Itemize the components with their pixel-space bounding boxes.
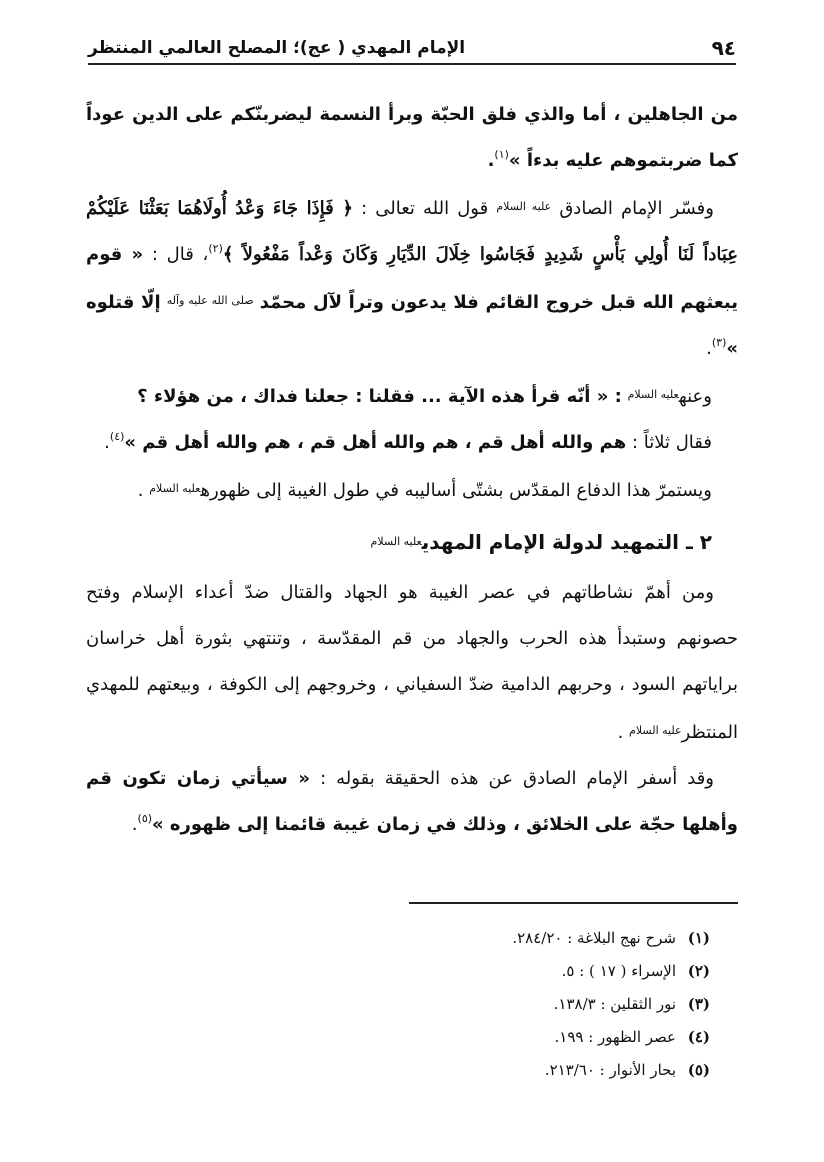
footnote-5: (٥)بحار الأنوار : ٢١٣/٦٠.: [300, 1054, 738, 1087]
paragraph-3-lead: وعنه: [679, 386, 712, 407]
honorific-imam-icon: عليه السلام: [149, 482, 200, 495]
paragraph-6: ومن أهمّ نشاطاتهم في عصر الغيبة هو الجها…: [86, 570, 738, 756]
footnote-ref-1[interactable]: (١): [494, 148, 509, 161]
footnote-divider: [409, 902, 738, 904]
paragraph-2-mid: قول الله تعالى :: [361, 198, 488, 219]
footnote-number: (٢): [676, 955, 710, 988]
running-header: ٩٤ الإمام المهدي ( عج)؛ المصلح العالمي ا…: [88, 28, 736, 62]
page-number: ٩٤: [712, 34, 736, 62]
footnote-text: بحار الأنوار : ٢١٣/٦٠.: [545, 1061, 676, 1079]
paragraph-7-lead: وقد أسفر الإمام الصادق عن هذه الحقيقة بق…: [320, 768, 714, 789]
footnote-ref-4[interactable]: (٤): [110, 430, 125, 443]
footnote-3: (٣)نور الثقلين : ١٣٨/٣.: [300, 988, 738, 1021]
footnote-number: (٣): [676, 988, 710, 1021]
footnote-4: (٤)عصر الظهور : ١٩٩.: [300, 1021, 738, 1054]
footnote-text: الإسراء ( ١٧ ) : ٥.: [562, 962, 676, 980]
footnote-2: (٢)الإسراء ( ١٧ ) : ٥.: [300, 955, 738, 988]
header-divider: [88, 63, 736, 65]
section-heading-text: ٢ ـ التمهيد لدولة الإمام المهدي: [422, 530, 712, 554]
section-heading: ٢ ـ التمهيد لدولة الإمام المهديعليه السل…: [86, 514, 738, 570]
paragraph-2: وفسّر الإمام الصادق عليه السلام قول الله…: [86, 184, 738, 372]
footnote-ref-5[interactable]: (٥): [138, 812, 153, 825]
period: .: [618, 722, 624, 743]
paragraph-6-text: ومن أهمّ نشاطاتهم في عصر الغيبة هو الجها…: [86, 582, 738, 743]
honorific-imam-icon: عليه السلام: [496, 200, 551, 213]
paragraph-7: وقد أسفر الإمام الصادق عن هذه الحقيقة بق…: [86, 756, 738, 848]
running-header-title: الإمام المهدي ( عج)؛ المصلح العالمي المن…: [88, 34, 465, 62]
footnote-ref-3[interactable]: (٣): [712, 336, 727, 349]
footnote-text: عصر الظهور : ١٩٩.: [555, 1028, 677, 1046]
footnote-number: (١): [676, 922, 710, 955]
footnote-text: شرح نهج البلاغة : ٢٨٤/٢٠.: [512, 929, 676, 947]
paragraph-2-said: ، قال :: [152, 244, 208, 265]
paragraph-4: فقال ثلاثاً : هم والله أهل قم ، هم والله…: [86, 420, 738, 466]
footnote-number: (٥): [676, 1054, 710, 1087]
paragraph-4-lead: فقال ثلاثاً :: [632, 432, 712, 453]
book-page: ٩٤ الإمام المهدي ( عج)؛ المصلح العالمي ا…: [0, 0, 824, 1162]
paragraph-1: من الجاهلين ، أما والذي فلق الحبّة وبرأ …: [86, 92, 738, 184]
paragraph-3-quote: : « أنّه قرأ هذه الآية ... فقلنا : جعلنا…: [137, 386, 622, 407]
footnotes-list: (١)شرح نهج البلاغة : ٢٨٤/٢٠. (٢)الإسراء …: [300, 922, 738, 1087]
body-text: من الجاهلين ، أما والذي فلق الحبّة وبرأ …: [86, 92, 738, 848]
paragraph-4-quote: هم والله أهل قم ، هم والله أهل قم ، هم و…: [124, 432, 626, 453]
footnote-text: نور الثقلين : ١٣٨/٣.: [554, 995, 676, 1013]
paragraph-5-text: ويستمرّ هذا الدفاع المقدّس بشتّى أساليبه…: [200, 480, 712, 501]
paragraph-2-lead: وفسّر الإمام الصادق: [559, 198, 714, 219]
paragraph-5: ويستمرّ هذا الدفاع المقدّس بشتّى أساليبه…: [86, 466, 738, 514]
honorific-prophet-icon: صلى الله عليه وآله: [167, 294, 254, 307]
honorific-imam-icon: عليه السلام: [371, 535, 422, 548]
footnote-1: (١)شرح نهج البلاغة : ٢٨٤/٢٠.: [300, 922, 738, 955]
honorific-imam-icon: عليه السلام: [629, 724, 682, 737]
period: .: [138, 480, 144, 501]
honorific-imam-icon: عليه السلام: [628, 388, 679, 401]
paragraph-1-text: من الجاهلين ، أما والذي فلق الحبّة وبرأ …: [86, 104, 738, 171]
footnote-number: (٤): [676, 1021, 710, 1054]
footnote-ref-2[interactable]: (٢): [208, 242, 223, 255]
paragraph-3: وعنهعليه السلام : « أنّه قرأ هذه الآية .…: [86, 372, 738, 420]
